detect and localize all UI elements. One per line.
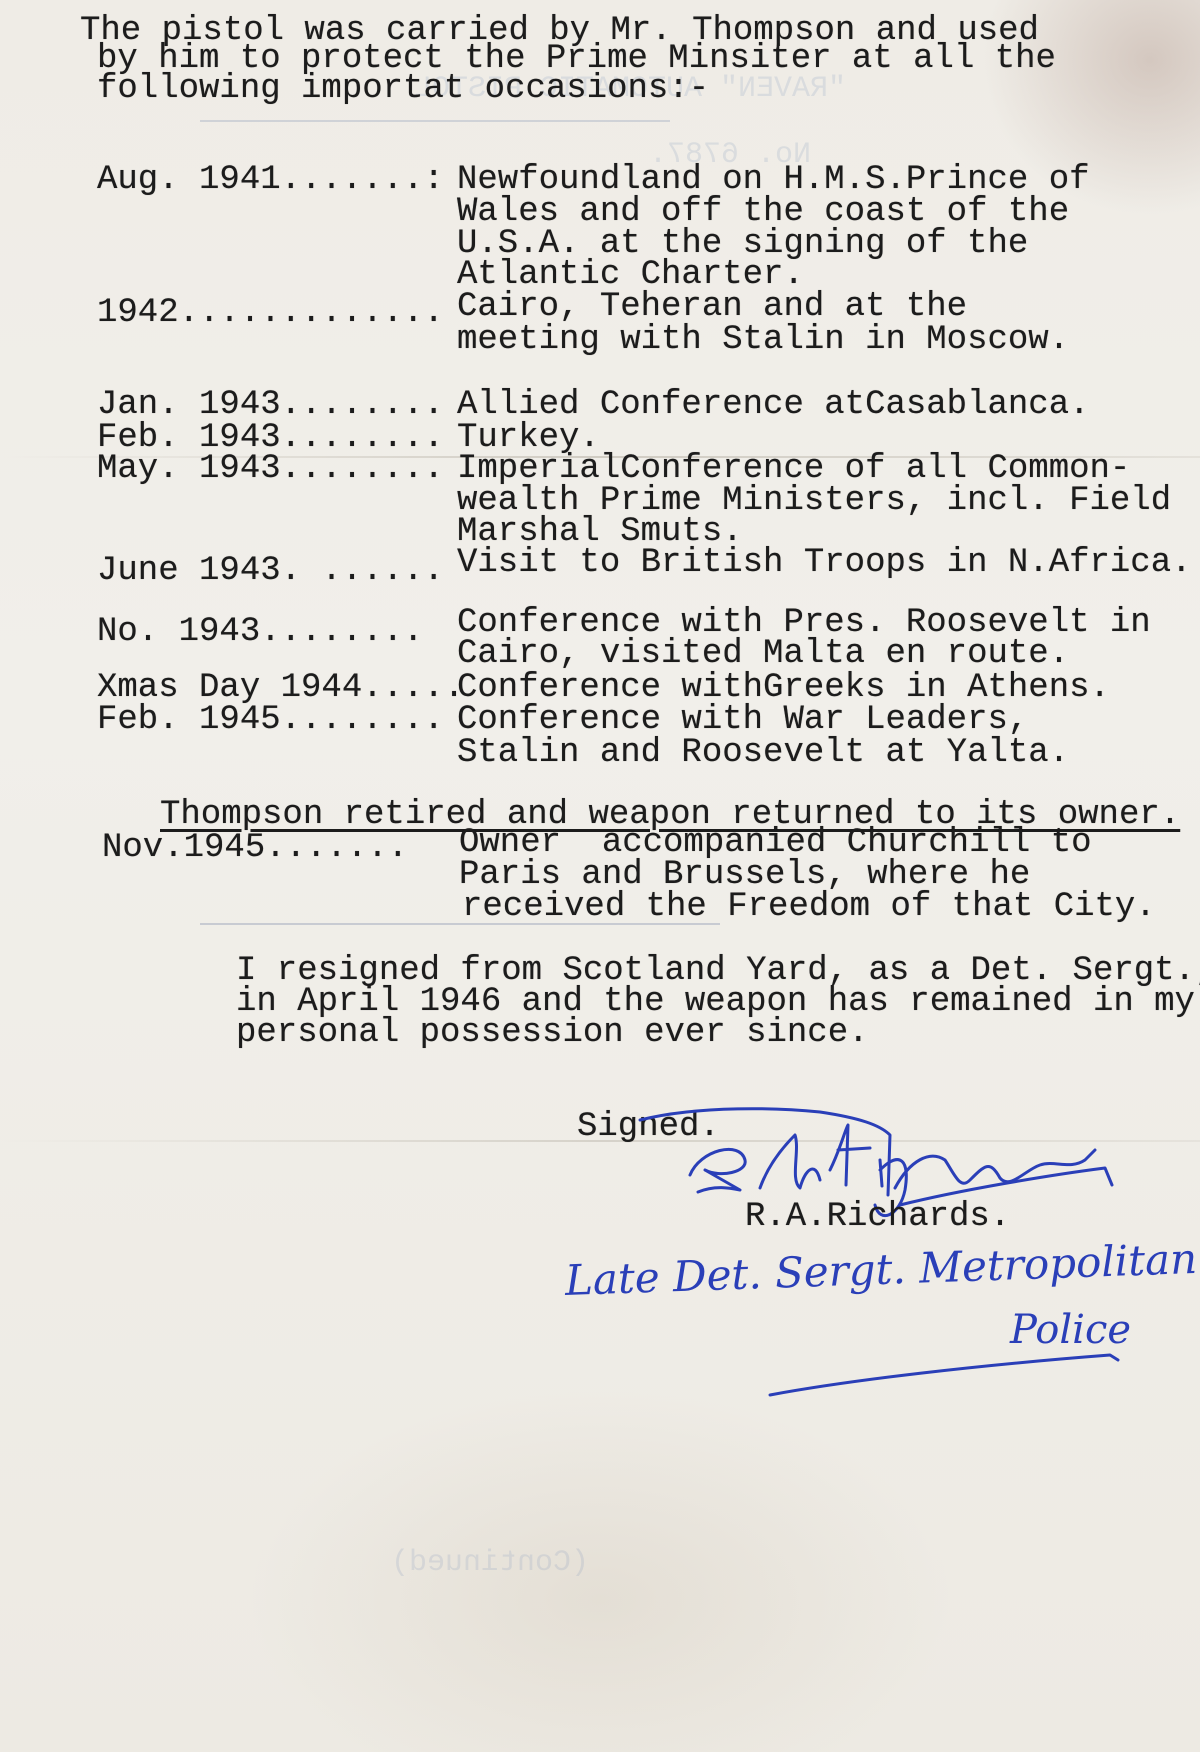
typed-name: R.A.Richards. — [745, 1200, 1010, 1234]
handwritten-title-line-2: Police — [1010, 1308, 1131, 1352]
handwritten-signature-strokes — [0, 0, 1200, 1752]
typed-letter-page: "RAVEN" AUTOMATIC PISTOL No. 6787. (Cont… — [0, 0, 1200, 1752]
